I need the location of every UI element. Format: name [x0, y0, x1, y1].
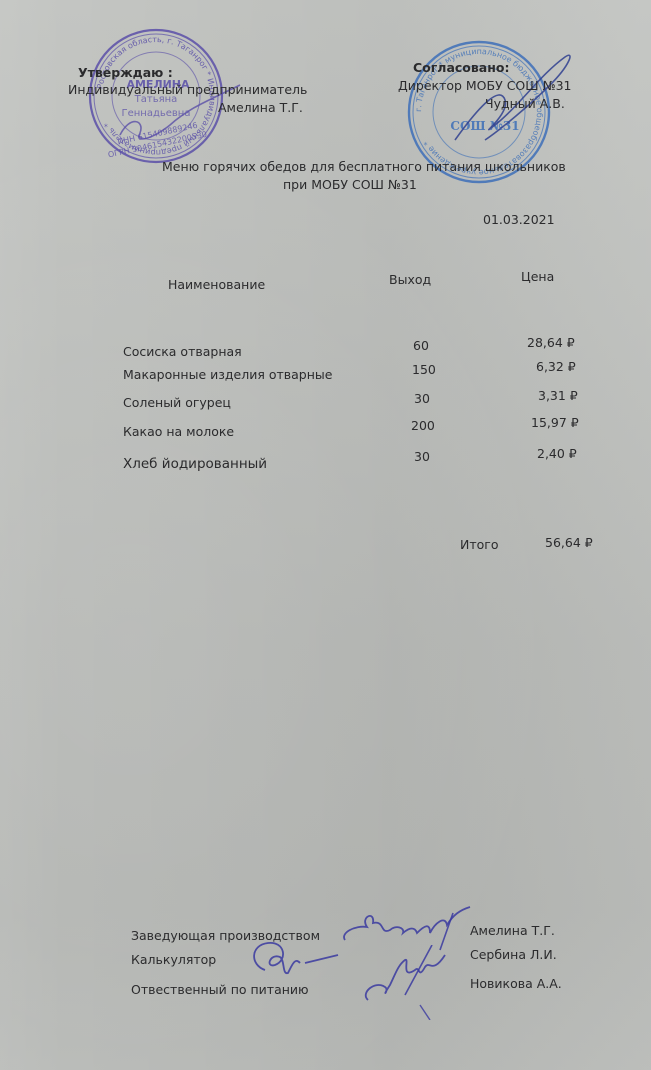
header-price: Цена [521, 271, 554, 284]
signatory-role: Калькулятор [131, 954, 216, 967]
total-label: Итого [460, 539, 499, 552]
header-yield: Выход [389, 274, 431, 287]
row-name: Хлеб йодированный [123, 458, 267, 472]
row-yield: 30 [414, 451, 430, 464]
row-price: 2,40 ₽ [537, 448, 577, 461]
row-yield: 60 [413, 340, 429, 353]
row-price: 15,97 ₽ [531, 417, 579, 430]
row-name: Сосиска отварная [123, 346, 242, 359]
agreement-position: Директор МОБУ СОШ №31 [398, 80, 572, 93]
document-date: 01.03.2021 [483, 214, 555, 227]
row-name: Макаронные изделия отварные [123, 369, 332, 382]
signatory-role: Отвественный по питанию [131, 984, 309, 997]
total-value: 56,64 ₽ [545, 537, 593, 550]
agreement-name: Чудный А.В. [485, 98, 565, 111]
signature-novikova-icon [360, 945, 460, 1020]
approval-label: Утверждаю : [78, 67, 173, 80]
header-name: Наименование [168, 279, 265, 292]
row-name: Соленый огурец [123, 397, 231, 410]
agreement-label: Согласовано: [413, 62, 509, 75]
row-price: 3,31 ₽ [538, 390, 578, 403]
approval-name: Амелина Т.Г. [218, 102, 303, 115]
document-title-line1: Меню горячих обедов для бесплатного пита… [162, 161, 566, 174]
signatory-name: Сербина Л.И. [470, 949, 557, 962]
document-title-line2: при МОБУ СОШ №31 [283, 179, 417, 192]
row-yield: 200 [411, 420, 435, 433]
row-yield: 30 [414, 393, 430, 406]
row-name: Какао на молоке [123, 426, 234, 439]
signatory-name: Амелина Т.Г. [470, 925, 555, 938]
row-price: 28,64 ₽ [527, 337, 575, 350]
signature-serbina-icon [240, 935, 340, 985]
signatory-name: Новикова А.А. [470, 978, 562, 991]
row-price: 6,32 ₽ [536, 361, 576, 374]
row-yield: 150 [412, 364, 436, 377]
approval-position: Индивидуальный предприниматель [68, 84, 307, 97]
